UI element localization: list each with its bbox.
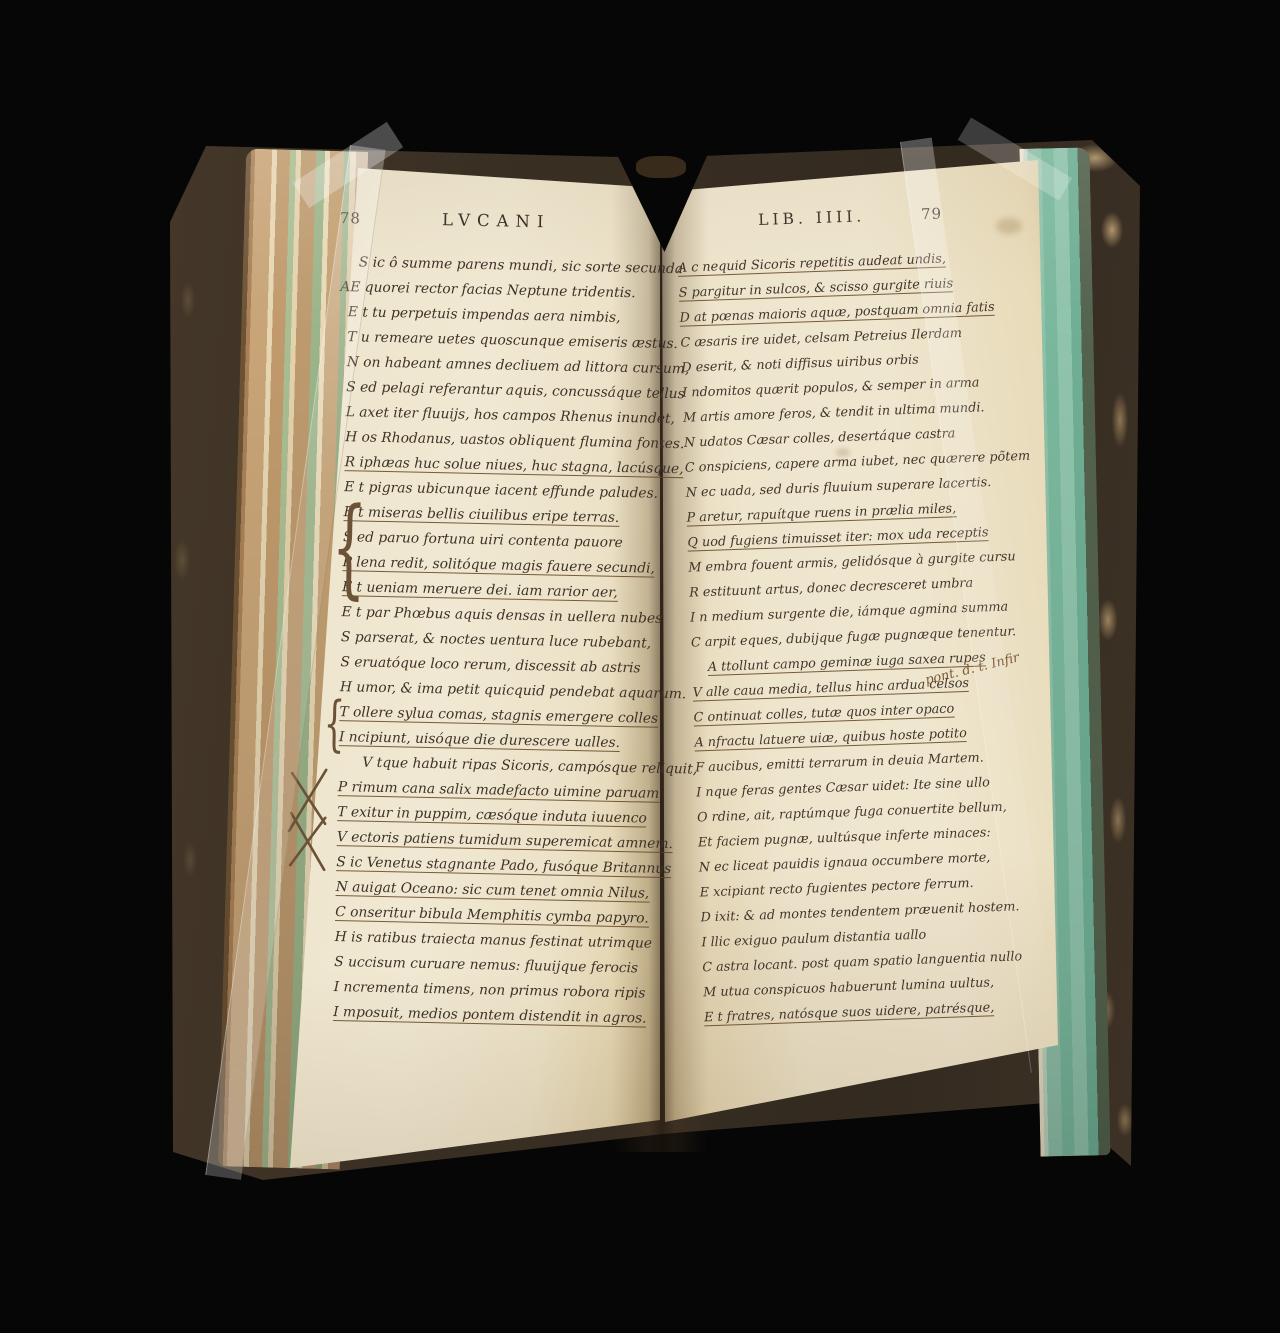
verse-line-text: I mposuit, medios pontem distendit in ag… [333, 1004, 647, 1028]
verse-line-text: H is ratibus traiecta manus festinat utr… [335, 929, 653, 952]
verse-line-text: S ed paruo fortuna uiri contenta pauore [343, 529, 623, 551]
header-spacer [632, 229, 662, 230]
book-photo: 78 LVCANI S ic ô summe parens mundi, sic… [0, 0, 1280, 1333]
cross-mark [286, 765, 330, 880]
left-page-text-block: 78 LVCANI S ic ô summe parens mundi, sic… [323, 208, 662, 1045]
verse-line-text: S eruatóque loco rerum, discessit ab ast… [340, 654, 640, 676]
verse-line-text: T exitur in puppim, cæsóque induta iuuen… [337, 804, 647, 827]
left-page-number: 78 [340, 209, 361, 227]
verse-line-text: T ollere sylua comas, stagnis emergere c… [339, 704, 658, 728]
verse-line-text: E t tu perpetuis impendas aera nimbis, [348, 304, 621, 326]
verse-line-text: H umor, & ima petit quicquid pendebat aq… [340, 679, 687, 702]
verse-line-text: S ed pelagi referantur aquis, concussáqu… [346, 379, 685, 402]
verse-line-text: H os Rhodanus, uastos obliquent flumina … [345, 429, 684, 452]
margin-brace-mark: { [331, 496, 368, 601]
right-verse-lines: A c nequid Sicoris repetitis audeat undi… [673, 247, 970, 1031]
left-verse-lines: S ic ô summe parens mundi, sic sorte sec… [323, 250, 661, 1032]
verse-line-text: E t par Phœbus aquis densas in uellera n… [341, 604, 662, 627]
verse-line-text: E t miseras bellis ciuilibus eripe terra… [343, 504, 619, 527]
verse-line-text: V tque habuit ripas Sicoris, campósque r… [362, 755, 697, 778]
verse-line-text: I llic exiguo paulum distantia uallo [701, 928, 926, 951]
verse-line-text: E t ueniam meruere dei. iam rarior aer, [342, 579, 618, 602]
verse-line-text: I ncrementa timens, non primus robora ri… [334, 979, 646, 1002]
foxing-stain [996, 218, 1022, 234]
verse-line-text: E t fratres, natósque suos uidere, patré… [704, 1000, 995, 1026]
verse-line-text: I ncipiunt, uisóque die durescere ualles… [339, 729, 620, 752]
right-page-number: 79 [921, 205, 943, 224]
verse-line-text: P lena redit, solitóque magis fauere sec… [342, 554, 655, 578]
verse-line-text: S ic Venetus stagnante Pado, fusóque Bri… [336, 854, 671, 878]
margin-brace-mark: { [323, 695, 345, 753]
spine-headband [636, 156, 686, 178]
verse-line-text: AE quorei rector facias Neptune tridenti… [340, 279, 636, 301]
verse-line-text: N on habeant amnes decliuem ad littora c… [347, 354, 690, 377]
verse-line-text: T u remeare uetes quoscunque emiseris æs… [347, 329, 678, 352]
verse-line-text: E t pigras ubicunque iacent effunde palu… [344, 479, 658, 502]
verse-line-text: C æsaris ire uidet, celsam Petreius Iler… [680, 326, 962, 351]
verse-line-text: S ic ô summe parens mundi, sic sorte sec… [359, 254, 684, 277]
verse-line-text: V ectoris patiens tumidum superemicat am… [337, 829, 673, 853]
left-page-header: 78 LVCANI [339, 208, 662, 245]
verse-line-text: S parserat, & noctes uentura luce rubeba… [341, 629, 651, 651]
verse-line-text: S uccisum curuare nemus: fluuijque feroc… [334, 954, 638, 976]
header-spacer [672, 227, 702, 228]
right-page-text-block: LIB. IIII. 79 A c nequid Sicoris repetit… [672, 205, 971, 1054]
verse-line-text: P rimum cana salix madefacto uimine paru… [338, 779, 660, 803]
verse-line: I mposuit, medios pontem distendit in ag… [323, 1000, 645, 1032]
verse-line-text: N auigat Oceano: sic cum tenet omnia Nil… [336, 879, 650, 903]
verse-line-text: D eserit, & noti diffisus uiribus orbis [681, 352, 919, 375]
verse-line-text: C onseritur bibula Memphitis cymba papyr… [335, 904, 649, 928]
verse-line-text: R iphæas huc solue niues, huc stagna, la… [344, 454, 683, 478]
verse-line-text: L axet iter fluuijs, hos campos Rhenus i… [346, 404, 676, 427]
